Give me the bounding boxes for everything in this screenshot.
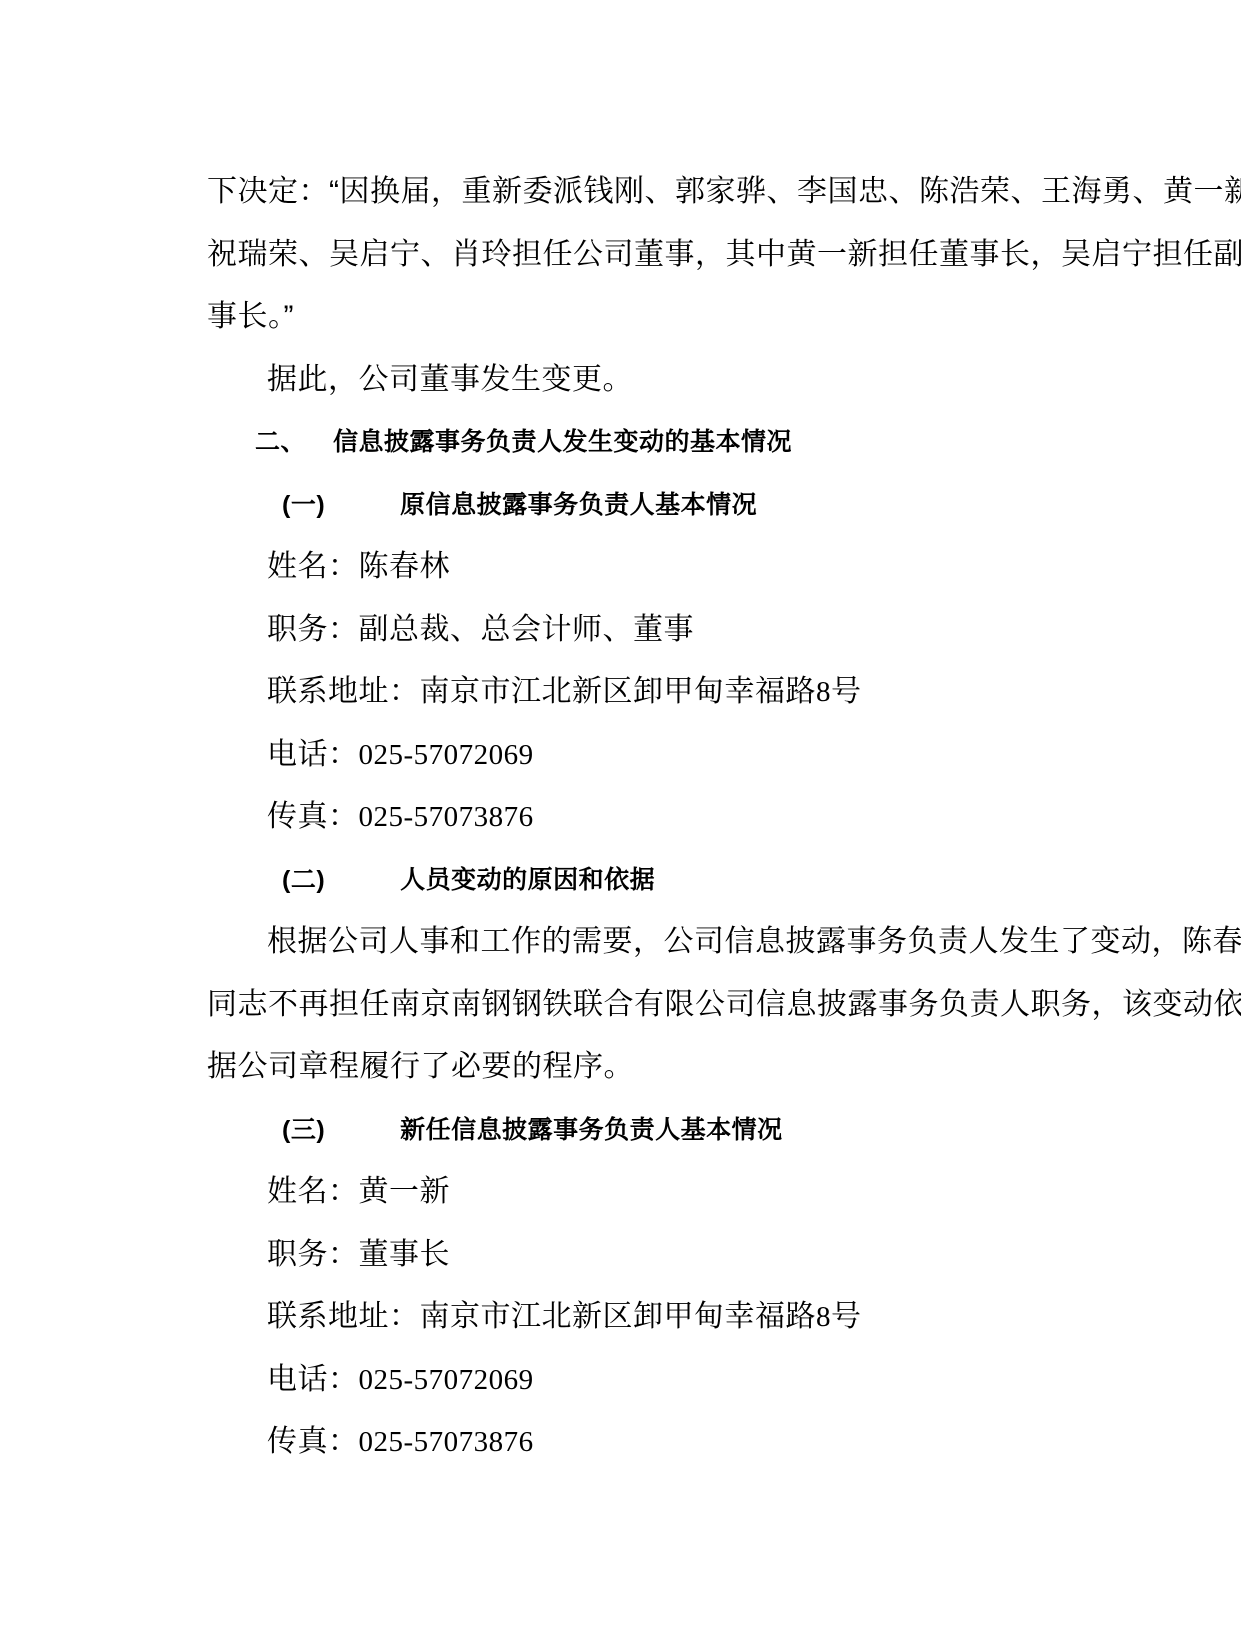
cjk-text: 姓名：黄一新: [267, 1175, 450, 1208]
numeric-text: 025-57072069: [359, 1364, 534, 1396]
cjk-text: 传真：: [267, 1425, 359, 1458]
field-line: 联系地址：南京市江北新区卸甲甸幸福路8号: [207, 661, 1033, 724]
field-line: 职务：董事长: [207, 1224, 1033, 1287]
numeric-text: 8: [816, 676, 831, 708]
numeric-text: 025-57073876: [359, 801, 534, 833]
cjk-text: 联系地址：南京市江北新区卸甲甸幸福路: [267, 1300, 816, 1333]
cjk-text: 传真：: [267, 800, 359, 833]
field-line: 传真：025-57073876: [207, 1411, 1033, 1474]
heading-text: 新任信息披露事务负责人基本情况: [400, 1116, 783, 1144]
text-line: 祝瑞荣、吴启宁、肖玲担任公司董事，其中黄一新担任董事长，吴启宁担任副董: [207, 224, 1033, 287]
text-line: 下决定：“因换届，重新委派钱刚、郭家骅、李国忠、陈浩荣、王海勇、黄一新、: [207, 161, 1033, 224]
subsection-heading: (二)人员变动的原因和依据: [207, 849, 1033, 912]
field-line: 传真：025-57073876: [207, 786, 1033, 849]
cjk-text: 同志不再担任南京南钢钢铁联合有限公司信息披露事务负责人职务，该变动依: [207, 988, 1241, 1021]
text-line: 根据公司人事和工作的需要，公司信息披露事务负责人发生了变动，陈春林: [207, 911, 1033, 974]
numeric-text: 8: [816, 1301, 831, 1333]
cjk-text: 电话：: [267, 738, 359, 771]
cjk-text: 根据公司人事和工作的需要，公司信息披露事务负责人发生了变动，陈春林: [267, 925, 1241, 958]
subsection-heading: (一)原信息披露事务负责人基本情况: [207, 474, 1033, 537]
field-line: 姓名：黄一新: [207, 1161, 1033, 1224]
cjk-text: 据此，公司董事发生变更。: [267, 363, 633, 396]
cjk-text: 据公司章程履行了必要的程序。: [207, 1050, 634, 1083]
heading-number: (一): [282, 491, 325, 519]
field-line: 姓名：陈春林: [207, 536, 1033, 599]
cjk-text: 职务：副总裁、总会计师、董事: [267, 613, 694, 646]
document-page: 下决定：“因换届，重新委派钱刚、郭家骅、李国忠、陈浩荣、王海勇、黄一新、祝瑞荣、…: [0, 0, 1241, 1650]
cjk-text: 号: [831, 1300, 862, 1333]
field-line: 职务：副总裁、总会计师、董事: [207, 599, 1033, 662]
field-line: 电话：025-57072069: [207, 1349, 1033, 1412]
heading-number: 二、: [255, 428, 306, 456]
document-body: 下决定：“因换届，重新委派钱刚、郭家骅、李国忠、陈浩荣、王海勇、黄一新、祝瑞荣、…: [207, 161, 1033, 1474]
numeric-text: 025-57072069: [359, 739, 534, 771]
heading-text: 原信息披露事务负责人基本情况: [400, 491, 757, 519]
text-line: 事长。”: [207, 286, 1033, 349]
numeric-text: 025-57073876: [359, 1426, 534, 1458]
field-line: 联系地址：南京市江北新区卸甲甸幸福路8号: [207, 1286, 1033, 1349]
text-line: 据此，公司董事发生变更。: [207, 349, 1033, 412]
cjk-text: 联系地址：南京市江北新区卸甲甸幸福路: [267, 675, 816, 708]
field-line: 电话：025-57072069: [207, 724, 1033, 787]
text-line: 据公司章程履行了必要的程序。: [207, 1036, 1033, 1099]
cjk-text: 祝瑞荣、吴启宁、肖玲担任公司董事，其中黄一新担任董事长，吴启宁担任副董: [207, 238, 1241, 271]
heading-text: 信息披露事务负责人发生变动的基本情况: [333, 428, 792, 456]
heading-number: (二): [282, 866, 325, 894]
section-heading: 二、信息披露事务负责人发生变动的基本情况: [207, 411, 1033, 474]
subsection-heading: (三)新任信息披露事务负责人基本情况: [207, 1099, 1033, 1162]
cjk-text: 事长。”: [207, 300, 294, 333]
cjk-text: 职务：董事长: [267, 1238, 450, 1271]
cjk-text: 姓名：陈春林: [267, 550, 450, 583]
cjk-text: 号: [831, 675, 862, 708]
text-line: 同志不再担任南京南钢钢铁联合有限公司信息披露事务负责人职务，该变动依: [207, 974, 1033, 1037]
heading-text: 人员变动的原因和依据: [400, 866, 655, 894]
heading-number: (三): [282, 1116, 325, 1144]
cjk-text: 电话：: [267, 1363, 359, 1396]
cjk-text: 下决定：“因换届，重新委派钱刚、郭家骅、李国忠、陈浩荣、王海勇、黄一新、: [207, 175, 1241, 208]
